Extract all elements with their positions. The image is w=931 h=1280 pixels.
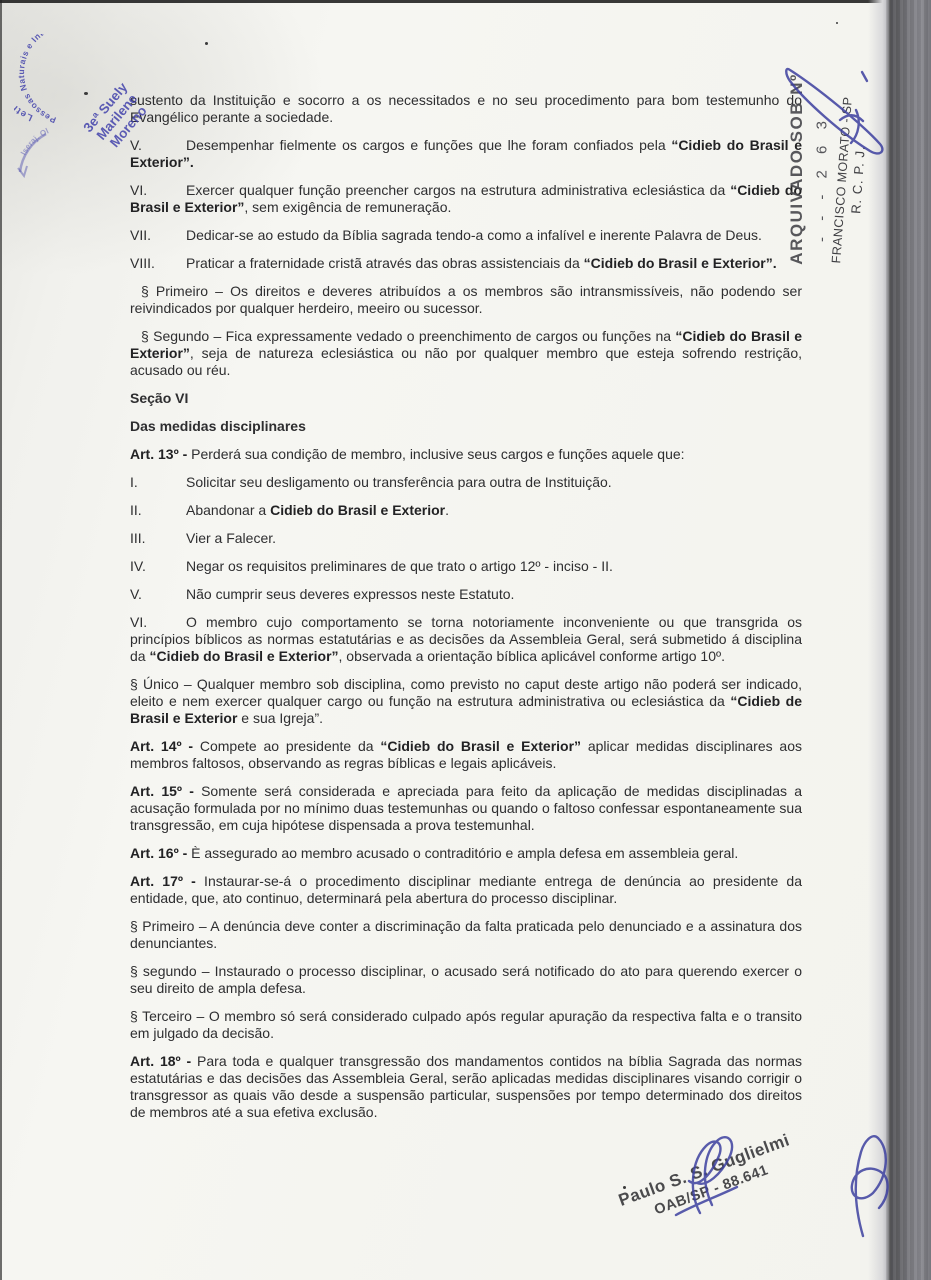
paragraph: VI.Exercer qualquer função preencher car… bbox=[130, 182, 802, 216]
scanned-document-page: { "colors": { "stamp_blue": "#3d3daa", "… bbox=[0, 0, 931, 1280]
item-roman-numeral: I. bbox=[130, 474, 186, 491]
ink-speck bbox=[205, 42, 208, 45]
paragraph: Art. 18º - Para toda e qualquer transgre… bbox=[130, 1053, 802, 1121]
faint-second-stamp-arc bbox=[20, 134, 46, 172]
item-roman-numeral: VI. bbox=[130, 182, 186, 199]
paper-edge-highlight bbox=[868, 0, 886, 1280]
paragraph: Seção VI bbox=[130, 390, 802, 407]
pen-tick-mark bbox=[862, 72, 867, 81]
paragraph: IV.Negar os requisitos preliminares de q… bbox=[130, 558, 802, 575]
faint-stamp-text: Iseraj. Ol bbox=[19, 126, 50, 156]
paragraph: § Único – Qualquer membro sob disciplina… bbox=[130, 676, 802, 727]
item-roman-numeral: V. bbox=[130, 137, 186, 154]
paragraph: VI.O membro cujo comportamento se torna … bbox=[130, 614, 802, 665]
stamp-center-line1: 3eª Suely bbox=[80, 79, 130, 135]
paragraph: Art. 14º - Compete ao presidente da “Cid… bbox=[130, 738, 802, 772]
scan-dark-band bbox=[886, 0, 931, 1280]
paragraph: Das medidas disciplinares bbox=[130, 418, 802, 435]
item-roman-numeral: IV. bbox=[130, 558, 186, 575]
paragraph: § Segundo – Fica expressamente vedado o … bbox=[130, 328, 802, 379]
document-body: sustento da Instituição e socorro a os n… bbox=[130, 92, 802, 1132]
archive-stamp-label: ARQUIVADO SOB Nº bbox=[787, 69, 807, 269]
paragraph: § Primeiro – A denúncia deve conter a di… bbox=[130, 918, 802, 952]
stamp-arc-inner-text: Pessoas Naturais e Int bbox=[16, 34, 57, 125]
paragraph: Art. 16º - È assegurado ao membro acusad… bbox=[130, 845, 802, 862]
item-roman-numeral: VII. bbox=[130, 227, 186, 244]
paragraph: § Primeiro – Os direitos e deveres atrib… bbox=[130, 283, 802, 317]
archive-number: - - - 2 6 3 bbox=[814, 109, 831, 249]
paragraph: I.Solicitar seu desligamento ou transfer… bbox=[130, 474, 802, 491]
stamp-arc-outer-text: Letras e Títulos da Co bbox=[14, 34, 34, 123]
paragraph: sustento da Instituição e socorro a os n… bbox=[130, 92, 802, 126]
svg-text:Iseraj. Ol: Iseraj. Ol bbox=[19, 126, 50, 156]
paragraph: V.Não cumprir seus deveres expressos nes… bbox=[130, 586, 802, 603]
ink-speck bbox=[84, 92, 88, 95]
paragraph: § Terceiro – O membro só será considerad… bbox=[130, 1008, 802, 1042]
svg-text:Letras e Títulos da Co: Letras e Títulos da Co bbox=[14, 34, 34, 123]
item-roman-numeral: VI. bbox=[130, 614, 186, 631]
paragraph: § segundo – Instaurado o processo discip… bbox=[130, 963, 802, 997]
paragraph: Art. 17º - Instaurar-se-á o procedimento… bbox=[130, 873, 802, 907]
paragraph: VIII.Praticar a fraternidade cristã atra… bbox=[130, 255, 802, 272]
paragraph: Art. 15º - Somente será considerada e ap… bbox=[130, 783, 802, 834]
ink-speck bbox=[836, 22, 838, 24]
paragraph: Art. 13º - Perderá sua condição de membr… bbox=[130, 446, 802, 463]
item-roman-numeral: V. bbox=[130, 586, 186, 603]
scan-edge-left bbox=[0, 0, 2, 1280]
scan-edge-top bbox=[0, 0, 931, 3]
paragraph: II.Abandonar a Cidieb do Brasil e Exteri… bbox=[130, 502, 802, 519]
lawyer-stamp: Paulo S. S. Guglielmi OAB/SP - 88.641 bbox=[600, 1124, 815, 1234]
paragraph: V.Desempenhar fielmente os cargos e funç… bbox=[130, 137, 802, 171]
item-roman-numeral: III. bbox=[130, 530, 186, 547]
svg-text:Pessoas Naturais e Int: Pessoas Naturais e Int bbox=[16, 34, 57, 125]
paragraph: III.Vier a Falecer. bbox=[130, 530, 802, 547]
item-roman-numeral: II. bbox=[130, 502, 186, 519]
item-roman-numeral: VIII. bbox=[130, 255, 186, 272]
faint-stamp-mark bbox=[18, 166, 27, 176]
paragraph: VII.Dedicar-se ao estudo da Bíblia sagra… bbox=[130, 227, 802, 244]
